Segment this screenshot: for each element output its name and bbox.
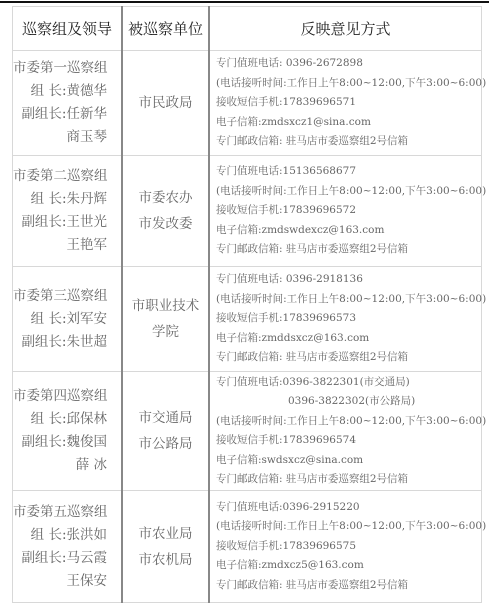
group-leader: 组 长:邱保林 <box>13 408 107 431</box>
group-deputy: 副组长:王世光 <box>13 211 107 234</box>
postal-mailbox: 专门邮政信箱: 驻马店市委巡察组2号信箱 <box>216 576 481 596</box>
unit-cell: 市委农办 市发改委 <box>122 156 209 267</box>
table-row: 市委第五巡察组 组 长:张洪如 副组长:马云霞 王保安 市农业局 市农机局 专门… <box>13 491 482 603</box>
unit-name: 市交通局 <box>123 405 208 431</box>
group-cell: 市委第一巡察组 组 长:黄德华 副组长:任新华 商玉琴 <box>13 51 123 156</box>
contact-cell: 专门值班电话:15136568677 (电话接听时间:工作日上午8:00~12:… <box>209 156 482 267</box>
unit-cell: 市民政局 <box>122 51 209 156</box>
group-name: 市委第四巡察组 <box>13 385 107 408</box>
unit-name-2: 市公路局 <box>123 431 208 457</box>
group-leader: 组 长:朱丹辉 <box>13 188 107 211</box>
unit-cell: 市农业局 市农机局 <box>122 491 209 603</box>
group-deputy-2: 薛 冰 <box>13 454 107 477</box>
contact-cell: 专门值班电话:0396-3822301(市交通局) 0396-3822302(市… <box>209 372 482 491</box>
group-leader: 组 长:张洪如 <box>13 524 107 547</box>
unit-name: 市委农办 <box>123 185 208 211</box>
unit-name-2: 市发改委 <box>123 211 208 237</box>
email-address: 电子信箱:zmdxcz5@163.com <box>216 556 481 576</box>
phone-hours: (电话接听时间:工作日上午8:00~12:00,下午3:00~6:00) <box>216 412 481 432</box>
group-name: 市委第三巡察组 <box>13 285 107 308</box>
unit-name: 市职业技术 <box>123 293 208 319</box>
table-row: 市委第二巡察组 组 长:朱丹辉 副组长:王世光 王艳军 市委农办 市发改委 专门… <box>13 156 482 267</box>
group-deputy-2: 商玉琴 <box>13 126 107 149</box>
unit-cell: 市交通局 市公路局 <box>122 372 209 491</box>
group-deputy-2: 王保安 <box>13 570 107 593</box>
sms-number: 接收短信手机:17839696574 <box>216 431 481 451</box>
contact-cell: 专门值班电话: 0396-2672898 (电话接听时间:工作日上午8:00~1… <box>209 51 482 156</box>
email-address: 电子信箱:zmddsxcz@163.com <box>216 329 481 349</box>
duty-phone: 专门值班电话: 0396-2918136 <box>216 270 481 290</box>
table-header-row: 巡察组及领导 被巡察单位 反映意见方式 <box>13 7 482 51</box>
header-group-leaders: 巡察组及领导 <box>13 7 123 51</box>
duty-phone: 专门值班电话: 0396-2672898 <box>216 54 481 74</box>
top-rule <box>0 1 489 3</box>
group-deputy: 副组长:朱世超 <box>13 331 107 354</box>
group-name: 市委第二巡察组 <box>13 165 107 188</box>
group-cell: 市委第四巡察组 组 长:邱保林 副组长:魏俊国 薛 冰 <box>13 372 123 491</box>
email-address: 电子信箱:zmdsxcz1@sina.com <box>216 113 481 133</box>
table-row: 市委第三巡察组 组 长:刘军安 副组长:朱世超 市职业技术 学院 专门值班电话:… <box>13 267 482 372</box>
duty-phone-2: 0396-3822302(市公路局) <box>216 392 481 412</box>
postal-mailbox: 专门邮政信箱: 驻马店市委巡察组2号信箱 <box>216 132 481 152</box>
unit-cell: 市职业技术 学院 <box>122 267 209 372</box>
header-feedback-method: 反映意见方式 <box>209 7 482 51</box>
sms-number: 接收短信手机:17839696571 <box>216 93 481 113</box>
email-address: 电子信箱:swdsxcz@sina.com <box>216 451 481 471</box>
group-leader: 组 长:黄德华 <box>13 80 107 103</box>
unit-name-2: 学院 <box>123 319 208 345</box>
duty-phone: 专门值班电话:15136568677 <box>216 162 481 182</box>
unit-name: 市农业局 <box>123 521 208 547</box>
contact-cell: 专门值班电话:0396-2915220 (电话接听时间:工作日上午8:00~12… <box>209 491 482 603</box>
duty-phone: 专门值班电话:0396-3822301(市交通局) <box>216 373 481 393</box>
postal-mailbox: 专门邮政信箱: 驻马店市委巡察组2号信箱 <box>216 348 481 368</box>
unit-name: 市民政局 <box>123 90 208 116</box>
phone-hours: (电话接听时间:工作日上午8:00~12:00,下午3:00~6:00) <box>216 74 481 94</box>
postal-mailbox: 专门邮政信箱: 驻马店市委巡察组2号信箱 <box>216 470 481 490</box>
group-deputy: 副组长:任新华 <box>13 103 107 126</box>
phone-hours: (电话接听时间:工作日上午8:00~12:00,下午3:00~6:00) <box>216 517 481 537</box>
group-cell: 市委第二巡察组 组 长:朱丹辉 副组长:王世光 王艳军 <box>13 156 123 267</box>
table-row: 市委第一巡察组 组 长:黄德华 副组长:任新华 商玉琴 市民政局 专门值班电话:… <box>13 51 482 156</box>
sms-number: 接收短信手机:17839696572 <box>216 201 481 221</box>
group-name: 市委第五巡察组 <box>13 501 107 524</box>
inspection-table: 巡察组及领导 被巡察单位 反映意见方式 市委第一巡察组 组 长:黄德华 副组长:… <box>12 6 482 603</box>
group-deputy: 副组长:魏俊国 <box>13 431 107 454</box>
duty-phone: 专门值班电话:0396-2915220 <box>216 498 481 518</box>
group-deputy-2: 王艳军 <box>13 234 107 257</box>
unit-name-2: 市农机局 <box>123 547 208 573</box>
sms-number: 接收短信手机:17839696573 <box>216 309 481 329</box>
sms-number: 接收短信手机:17839696575 <box>216 537 481 557</box>
header-inspected-unit: 被巡察单位 <box>122 7 209 51</box>
postal-mailbox: 专门邮政信箱: 驻马店市委巡察组2号信箱 <box>216 240 481 260</box>
group-cell: 市委第三巡察组 组 长:刘军安 副组长:朱世超 <box>13 267 123 372</box>
table-row: 市委第四巡察组 组 长:邱保林 副组长:魏俊国 薛 冰 市交通局 市公路局 专门… <box>13 372 482 491</box>
phone-hours: (电话接听时间:工作日上午8:00~12:00,下午3:00~6:00) <box>216 290 481 310</box>
group-deputy: 副组长:马云霞 <box>13 547 107 570</box>
email-address: 电子信箱:zmdswdexcz@163.com <box>216 221 481 241</box>
phone-hours: (电话接听时间:工作日上午8:00~12:00,下午3:00~6:00) <box>216 182 481 202</box>
contact-cell: 专门值班电话: 0396-2918136 (电话接听时间:工作日上午8:00~1… <box>209 267 482 372</box>
group-name: 市委第一巡察组 <box>13 57 107 80</box>
group-leader: 组 长:刘军安 <box>13 308 107 331</box>
group-cell: 市委第五巡察组 组 长:张洪如 副组长:马云霞 王保安 <box>13 491 123 603</box>
